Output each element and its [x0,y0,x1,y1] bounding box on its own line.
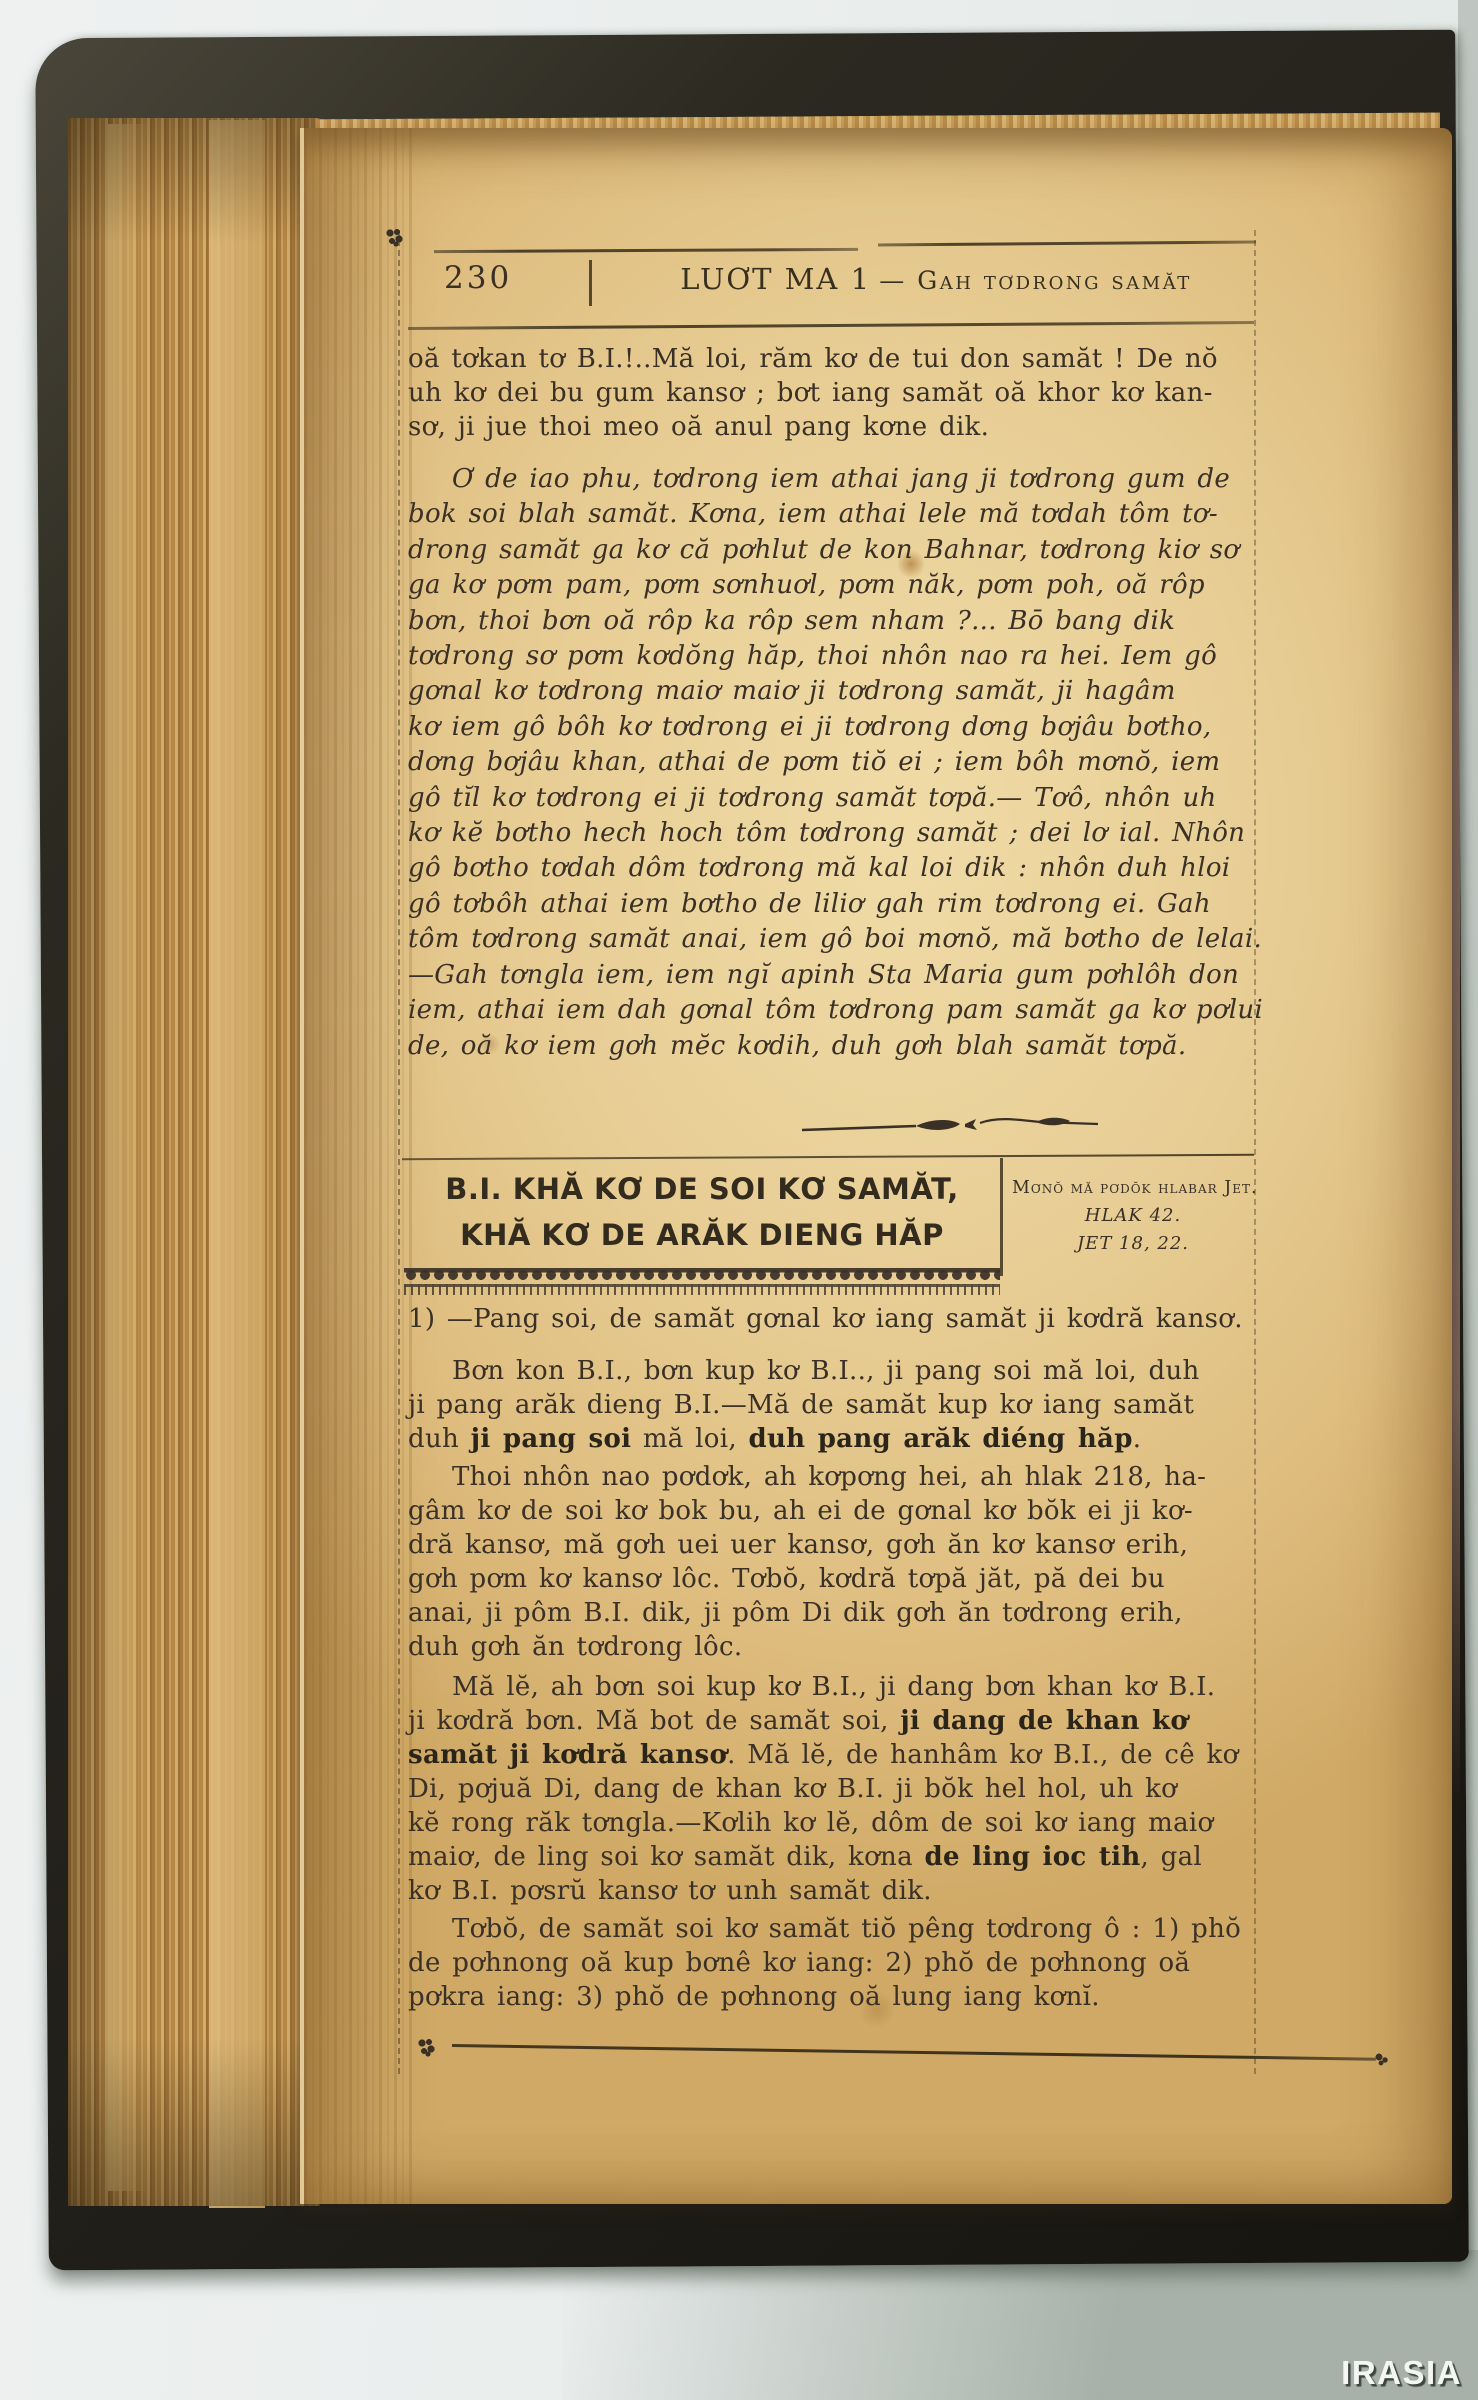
section-heading: B.I. KHĂ KƠ DE SOI KƠ SAMĂT, KHĂ KƠ DE A… [408,1166,996,1258]
header-rule-right [878,241,1256,246]
text-line: gơnal kơ tơdrong maiơ maiơ ji tơdrong sa… [408,674,1254,709]
paragraph-1: oă tơkan tơ B.I.!..Mă loi, răm kơ de tui… [408,342,1254,444]
page-number: 230 [444,260,512,296]
text-block: 230 LUƠT MA 1 — Gah tơdrong samăt oă tơk… [408,240,1254,2080]
text-line: iem, athai iem dah gơnal tôm tơdrong pam… [408,993,1254,1028]
paragraph-3: Bơn kon B.I., bơn kup kơ B.I.., ji pang … [408,1354,1254,1456]
text-line: sơ, ji jue thoi meo oă anul pang kơne di… [408,410,1254,444]
section-top-rule [402,1154,1254,1160]
paragraph-2-italic: Ơ de iao phu, tơdrong iem athai jang ji … [408,462,1254,1064]
open-page: 230 LUƠT MA 1 — Gah tơdrong samăt oă tơk… [300,128,1452,2204]
text-line: Tơbŏ, de samăt soi kơ samăt tiŏ pêng tơd… [408,1912,1254,1946]
left-crease-line [398,230,400,2074]
text-line: bơn, thoi bơn oă rôp ka rôp sem nham ?..… [408,604,1254,639]
lace-border-teeth [404,1284,1000,1295]
reference-line2: HLAK 42. [1012,1205,1254,1226]
reference-line1: Mơnŏ mă pơdŏk hlabar Jet. [1012,1178,1254,1198]
text-line: kơ iem gô bôh kơ tơdrong ei ji tơdrong d… [408,710,1254,745]
section-heading-line1: B.I. KHĂ KƠ DE SOI KƠ SAMĂT, [408,1166,996,1212]
floral-dot-ornament-icon [384,228,404,248]
paragraph-6: Tơbŏ, de samăt soi kơ samăt tiŏ pêng tơd… [408,1912,1254,2014]
text-line: uh kơ dei bu gum kansơ ; bơt iang samăt … [408,376,1254,410]
divider-flourish-icon [800,1114,1100,1140]
text-line: gâm kơ de soi kơ bok bu, ah ei de gơnal … [408,1494,1254,1528]
page-header: 230 LUƠT MA 1 — Gah tơdrong samăt [408,258,1254,314]
section-heading-block: B.I. KHĂ KƠ DE SOI KƠ SAMĂT, KHĂ KƠ DE A… [408,1156,1254,1302]
text-line: ji kơdră bơn. Mă bot de samăt soi, ji da… [408,1704,1254,1738]
reference-line3: JET 18, 22. [1012,1233,1254,1254]
text-line: dră kansơ, mă gơh uei uer kansơ, gơh ăn … [408,1528,1254,1562]
text-line: kơ kĕ bơtho hech hoch tôm tơdrong samăt … [408,816,1254,851]
header-underline [408,321,1254,329]
text-line: pơkra iang: 3) phŏ de pơhnong oă lung ia… [408,1980,1254,2014]
text-line: duh gơh ăn tơdrong lôc. [408,1630,1254,1664]
header-divider-bar [589,260,592,306]
text-line: Thoi nhôn nao pơdơk, ah kơpơng hei, ah h… [408,1460,1254,1494]
text-line: ji pang arăk dieng B.I.—Mă de samăt kup … [408,1388,1254,1422]
text-line: anai, ji pôm B.I. dik, ji pôm Di dik gơh… [408,1596,1254,1630]
footer-ornament-icon [416,2038,436,2058]
text-line: Ơ de iao phu, tơdrong iem athai jang ji … [408,462,1254,497]
scanned-book-page-photo: 230 LUƠT MA 1 — Gah tơdrong samăt oă tơk… [0,0,1478,2400]
text-line: maiơ, de ling soi kơ samăt dik, kơna de … [408,1840,1254,1874]
text-line: Di, pơjuă Di, dang de khan kơ B.I. ji bŏ… [408,1772,1254,1806]
footer-rule-line [452,2044,1376,2061]
section-vertical-rule [1000,1158,1003,1276]
lace-border-scallops [404,1268,1000,1281]
text-line: kĕ rong răk tơngla.—Kơlih kơ lĕ, dôm de … [408,1806,1254,1840]
text-line: gô tơbôh athai iem bơtho de liliơ gah ri… [408,887,1254,922]
paragraph-4: Thoi nhôn nao pơdơk, ah kơpơng hei, ah h… [408,1460,1254,1664]
running-title-sub: — Gah tơdrong samăt [879,266,1191,295]
numbered-item-1: 1) —Pang soi, de samăt gơnal kơ iang sam… [408,1302,1254,1336]
right-crease-line [1254,230,1256,2074]
text-line: kơ B.I. pơsrŭ kansơ tơ unh samăt dik. [408,1874,1254,1908]
watermark: IRASIA [1341,2354,1462,2392]
text-line: Bơn kon B.I., bơn kup kơ B.I.., ji pang … [408,1354,1254,1388]
text-line: duh ji pang soi mă loi, duh pang arăk di… [408,1422,1254,1456]
header-rule-left [434,248,858,253]
running-title-main: LUƠT MA 1 [680,262,871,296]
text-line: gô tĭl kơ tơdrong ei ji tơdrong samăt tơ… [408,781,1254,816]
page-edge-stack-shade [68,118,320,2206]
text-line: tơdrong sơ pơm kơdŏng hăp, thoi nhôn nao… [408,639,1254,674]
scripture-reference: Mơnŏ mă pơdŏk hlabar Jet. HLAK 42. JET 1… [1012,1178,1254,1254]
text-line: samăt ji kơdră kansơ. Mă lĕ, de hanhâm k… [408,1738,1254,1772]
text-line: gơh pơm kơ kansơ lôc. Tơbŏ, kơdră tơpă j… [408,1562,1254,1596]
footer-rule [408,2036,1408,2076]
section-heading-line2: KHĂ KƠ DE ARĂK DIENG HĂP [408,1212,996,1258]
text-line: drong samăt ga kơ că pơhlut de kon Bahna… [408,533,1254,568]
text-line: de pơhnong oă kup bơnê kơ iang: 2) phŏ d… [408,1946,1254,1980]
text-line: de, oă kơ iem gơh mĕc kơdih, duh gơh bla… [408,1029,1254,1064]
text-line: oă tơkan tơ B.I.!..Mă loi, răm kơ de tui… [408,342,1254,376]
running-title: LUƠT MA 1 — Gah tơdrong samăt [618,262,1254,296]
text-line: Mă lĕ, ah bơn soi kup kơ B.I., ji dang b… [408,1670,1254,1704]
text-line: tôm tơdrong samăt anai, iem gô boi mơnŏ,… [408,922,1254,957]
text-line: —Gah tơngla iem, iem ngĭ apinh Sta Maria… [408,958,1254,993]
text-line: dơng bơjâu khan, athai de pơm tiŏ ei ; i… [408,745,1254,780]
text-line: bok soi blah samăt. Kơna, iem athai lele… [408,497,1254,532]
footer-flourish-icon [1374,2052,1390,2066]
text-line: ga kơ pơm pam, pơm sơnhuơl, pơm năk, pơm… [408,568,1254,603]
paragraph-5: Mă lĕ, ah bơn soi kup kơ B.I., ji dang b… [408,1670,1254,1908]
text-line: gô bơtho tơdah dôm tơdrong mă kal loi di… [408,851,1254,886]
